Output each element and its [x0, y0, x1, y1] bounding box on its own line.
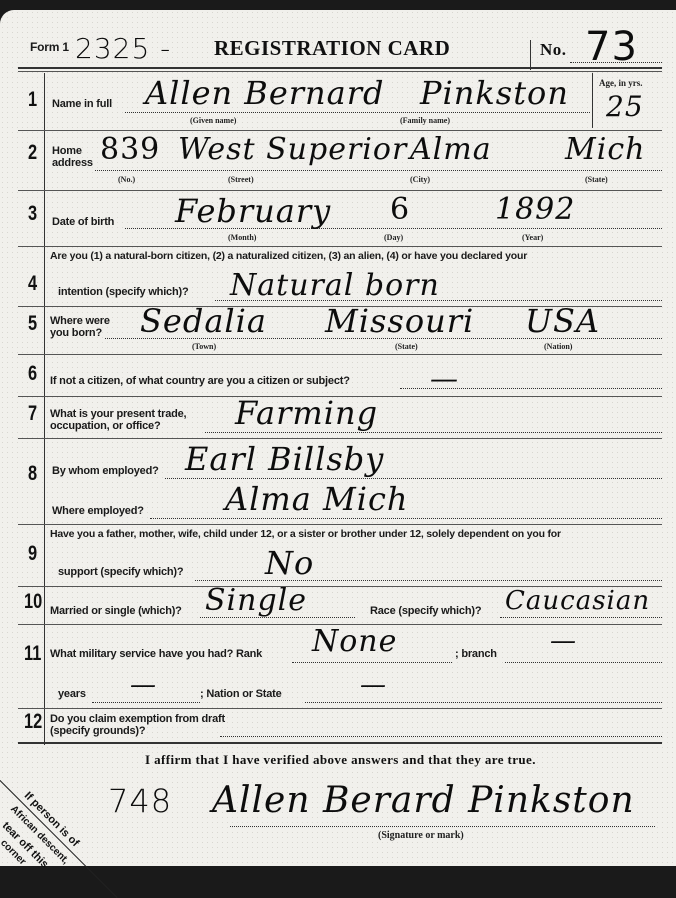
- citizenship-question: Are you (1) a natural-born citizen, (2) …: [50, 250, 527, 262]
- citizenship-question-2: intention (specify which)?: [58, 286, 188, 298]
- margin-number: 748: [108, 782, 172, 820]
- rule: [18, 708, 662, 709]
- caption: (City): [410, 175, 430, 184]
- affirmation-text: I affirm that I have verified above answ…: [145, 752, 536, 768]
- employer-value: Earl Billsby: [185, 440, 384, 478]
- city-value: Alma: [410, 132, 492, 167]
- rule: [18, 67, 662, 69]
- divider: [592, 73, 593, 128]
- row-number: 9: [28, 542, 37, 566]
- nation-state-label: ; Nation or State: [200, 688, 282, 700]
- birthplace-label: Where were you born?: [50, 315, 110, 339]
- rule: [18, 130, 662, 131]
- rule: [18, 246, 662, 247]
- foreign-citizenship-value: —: [430, 362, 459, 395]
- family-name-value: Pinkston: [420, 74, 569, 112]
- row-number: 8: [28, 462, 37, 486]
- birth-nation-value: USA: [525, 302, 600, 340]
- military-service-label: What military service have you had? Rank: [50, 648, 262, 660]
- margin-line: [44, 73, 45, 745]
- foreign-citizenship-label: If not a citizen, of what country are yo…: [50, 375, 350, 387]
- caption: (Year): [522, 233, 543, 242]
- occupation-label: What is your present trade, occupation, …: [50, 408, 210, 432]
- row-number: 1: [28, 88, 37, 112]
- dotted-line: [205, 432, 662, 433]
- dob-label: Date of birth: [52, 216, 114, 228]
- race-label: Race (specify which)?: [370, 605, 481, 617]
- caption: (Town): [192, 342, 216, 351]
- years-label: years: [58, 688, 86, 700]
- dotted-line: [305, 702, 662, 703]
- race-value: Caucasian: [505, 586, 650, 616]
- branch-value: —: [550, 626, 577, 656]
- rule: [18, 524, 662, 525]
- dotted-line: [150, 518, 662, 519]
- signature-line: [230, 826, 655, 827]
- no-label: No.: [540, 40, 567, 60]
- employer-label: By whom employed?: [52, 465, 159, 477]
- marital-label: Married or single (which)?: [50, 605, 182, 617]
- dotted-line: [92, 702, 200, 703]
- caption: (Day): [384, 233, 403, 242]
- rule: [18, 190, 662, 191]
- signature-caption: (Signature or mark): [378, 830, 464, 841]
- signature: Allen Berard Pinkston: [212, 780, 635, 821]
- occupation-value: Farming: [235, 394, 378, 432]
- caption: (Street): [228, 175, 254, 184]
- dotted-line: [292, 662, 452, 663]
- birth-state-value: Missouri: [325, 302, 474, 340]
- day-value: 6: [390, 192, 410, 227]
- caption: (Month): [228, 233, 256, 242]
- caption: (No.): [118, 175, 135, 184]
- rank-value: None: [312, 624, 397, 659]
- rule: [18, 742, 662, 744]
- card-title: REGISTRATION CARD: [214, 36, 450, 61]
- divider: [530, 40, 531, 70]
- street-value: West Superior: [178, 132, 407, 167]
- dotted-line: [500, 617, 662, 618]
- dotted-line: [505, 662, 662, 663]
- dotted-line: [220, 736, 662, 737]
- dependents-question: Have you a father, mother, wife, child u…: [50, 528, 561, 540]
- given-name-value: Allen Bernard: [145, 74, 385, 112]
- branch-label: ; branch: [455, 648, 497, 660]
- caption: (Family name): [400, 116, 450, 125]
- address-no-value: 839: [100, 132, 160, 167]
- caption: (Given name): [190, 116, 236, 125]
- row-number: 10: [24, 590, 42, 614]
- row-number: 2: [28, 141, 37, 165]
- month-value: February: [175, 192, 331, 230]
- dependents-value: No: [265, 544, 314, 582]
- rule: [18, 438, 662, 439]
- state-value: Mich: [565, 132, 645, 167]
- marital-value: Single: [205, 583, 307, 618]
- dependents-question-2: support (specify which)?: [58, 566, 183, 578]
- employment-place-label: Where employed?: [52, 505, 144, 517]
- row-number: 3: [28, 202, 37, 226]
- dotted-line: [125, 112, 590, 113]
- row-number: 4: [28, 272, 37, 296]
- row-number: 6: [28, 362, 37, 386]
- citizenship-value: Natural born: [230, 268, 440, 303]
- year-value: 1892: [495, 192, 575, 227]
- row-number: 12: [24, 710, 42, 734]
- caption: (Nation): [544, 342, 572, 351]
- form-label: Form 1: [30, 40, 69, 54]
- name-label: Name in full: [52, 98, 112, 110]
- caption: (State): [585, 175, 608, 184]
- caption: (State): [395, 342, 418, 351]
- age-value: 25: [606, 90, 644, 123]
- row-number: 5: [28, 312, 37, 336]
- serial-number: 2325 -: [75, 32, 171, 65]
- row-number: 11: [24, 642, 41, 666]
- years-value: —: [130, 670, 157, 700]
- registration-card: Form 1 2325 - REGISTRATION CARD No. 73 1…: [0, 10, 676, 866]
- nation-state-value: —: [360, 670, 387, 700]
- card-number: 73: [585, 24, 638, 70]
- address-label: Home address: [52, 145, 97, 169]
- dotted-line: [95, 170, 662, 171]
- exemption-label: Do you claim exemption from draft (speci…: [50, 713, 225, 737]
- age-label: Age, in yrs.: [599, 78, 643, 88]
- row-number: 7: [28, 402, 37, 426]
- dotted-line: [165, 478, 662, 479]
- rule: [18, 354, 662, 355]
- employment-place-value: Alma Mich: [225, 480, 408, 518]
- birth-town-value: Sedalia: [140, 302, 267, 340]
- rule: [18, 71, 662, 72]
